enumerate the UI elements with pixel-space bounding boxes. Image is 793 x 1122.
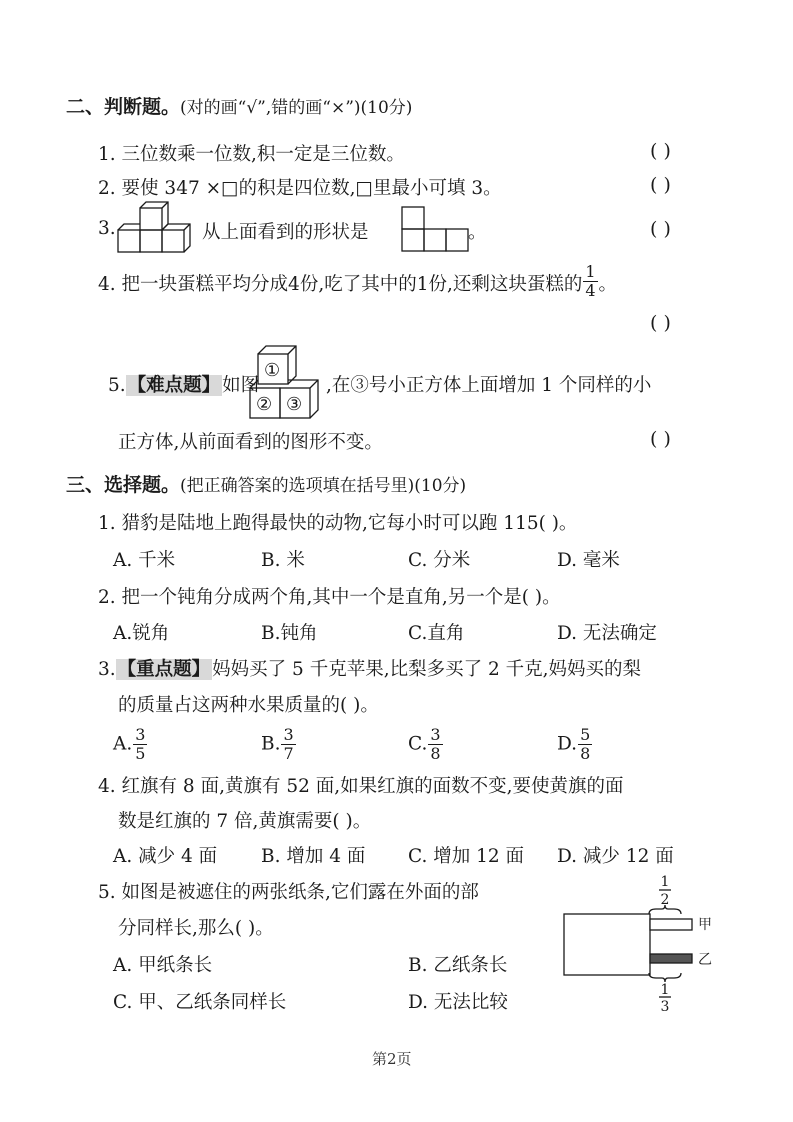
choice-question-1: 1. 猎豹是陆地上跑得最快的动物,它每小时可以跑 115( )。 [98,509,577,535]
choice-3-option-c[interactable]: C.38 [408,727,444,762]
choice-question-2: 2. 把一个钝角分成两个角,其中一个是直角,另一个是( )。 [98,583,561,609]
answer-blank-judge-3[interactable]: ( ) [650,218,671,240]
paper-strips-figure: 1 2 甲 乙 1 3 [560,872,730,1012]
choice-question-3-line-2: 的质量占这两种水果质量的( )。 [118,691,379,717]
choice-5-option-b[interactable]: B. 乙纸条长 [408,951,507,977]
choice-4-option-c[interactable]: C. 增加 12 面 [408,842,524,868]
answer-blank-judge-2[interactable]: ( ) [650,174,671,196]
svg-text:乙: 乙 [698,952,712,968]
numbered-cubes-figure: ① ② ③ [250,340,326,418]
svg-text:3: 3 [661,999,670,1015]
top-view-figure [402,207,468,251]
section-2-title: 二、判断题。 [66,96,180,118]
fraction-one-quarter: 14 [583,264,597,299]
section-3-note: (把正确答案的选项填在括号里)(10分) [180,476,466,496]
svg-text:①: ① [264,360,280,381]
judge-question-3-number: 3. [98,218,116,239]
choice-4-option-a[interactable]: A. 减少 4 面 [113,842,217,868]
choice-1-option-c[interactable]: C. 分米 [408,546,470,572]
choice-3-option-d[interactable]: D.58 [557,727,593,762]
choice-question-3-line-1: 3.【重点题】妈妈买了 5 千克苹果,比梨多买了 2 千克,妈妈买的梨 [98,655,641,681]
answer-blank-judge-1[interactable]: ( ) [650,140,671,162]
choice-1-option-a[interactable]: A. 千米 [113,546,175,572]
svg-text:1: 1 [661,874,670,890]
choice-2-option-b[interactable]: B.钝角 [261,619,317,645]
section-3-heading: 三、选择题。(把正确答案的选项填在括号里)(10分) [66,470,466,497]
judge-question-2: 2. 要使 347 ×□的积是四位数,□里最小可填 3。 [98,174,502,200]
svg-text:1: 1 [661,982,670,998]
page-number: 第2页 [372,1048,412,1069]
choice-5-option-c[interactable]: C. 甲、乙纸条同样长 [113,988,286,1014]
key-question-tag: 【重点题】 [116,659,213,680]
choice-2-option-c[interactable]: C.直角 [408,619,464,645]
answer-blank-judge-4[interactable]: ( ) [650,312,671,334]
judge-question-5-line-2: 正方体,从前面看到的图形不变。 [118,428,383,454]
choice-5-option-a[interactable]: A. 甲纸条长 [113,951,212,977]
judge-question-5-line-1: 5.【难点题】如图 [108,371,259,397]
answer-blank-judge-5[interactable]: ( ) [650,428,671,450]
choice-question-5-line-2: 分同样长,那么( )。 [118,914,274,940]
svg-text:②: ② [256,394,272,415]
choice-2-option-a[interactable]: A.锐角 [113,619,169,645]
section-2-heading: 二、判断题。(对的画“√”,错的画“×”)(10分) [66,92,412,119]
choice-3-option-a[interactable]: A.35 [113,727,148,762]
choice-4-option-d[interactable]: D. 减少 12 面 [557,842,674,868]
svg-text:甲: 甲 [698,917,712,933]
choice-4-option-b[interactable]: B. 增加 4 面 [261,842,365,868]
choice-question-4-line-2: 数是红旗的 7 倍,黄旗需要( )。 [118,807,371,833]
choice-question-5-line-1: 5. 如图是被遮住的两张纸条,它们露在外面的部 [98,878,479,904]
choice-3-option-b[interactable]: B.37 [261,727,297,762]
section-2-note: (对的画“√”,错的画“×”)(10分) [180,98,412,118]
difficult-question-tag: 【难点题】 [126,375,223,396]
judge-question-1: 1. 三位数乘一位数,积一定是三位数。 [98,140,405,166]
judge-question-3-text: 从上面看到的形状是 [202,218,369,244]
choice-5-option-d[interactable]: D. 无法比较 [408,988,508,1014]
choice-question-4-line-1: 4. 红旗有 8 面,黄旗有 52 面,如果红旗的面数不变,要使黄旗的面 [98,772,624,798]
cube-stack-figure [118,200,200,252]
section-3-title: 三、选择题。 [66,474,180,496]
judge-question-4: 4. 把一块蛋糕平均分成4份,吃了其中的1份,还剩这块蛋糕的14。 [98,270,617,299]
choice-1-option-b[interactable]: B. 米 [261,546,305,572]
choice-2-option-d[interactable]: D. 无法确定 [557,619,657,645]
choice-1-option-d[interactable]: D. 毫米 [557,546,620,572]
svg-text:③: ③ [286,394,302,415]
